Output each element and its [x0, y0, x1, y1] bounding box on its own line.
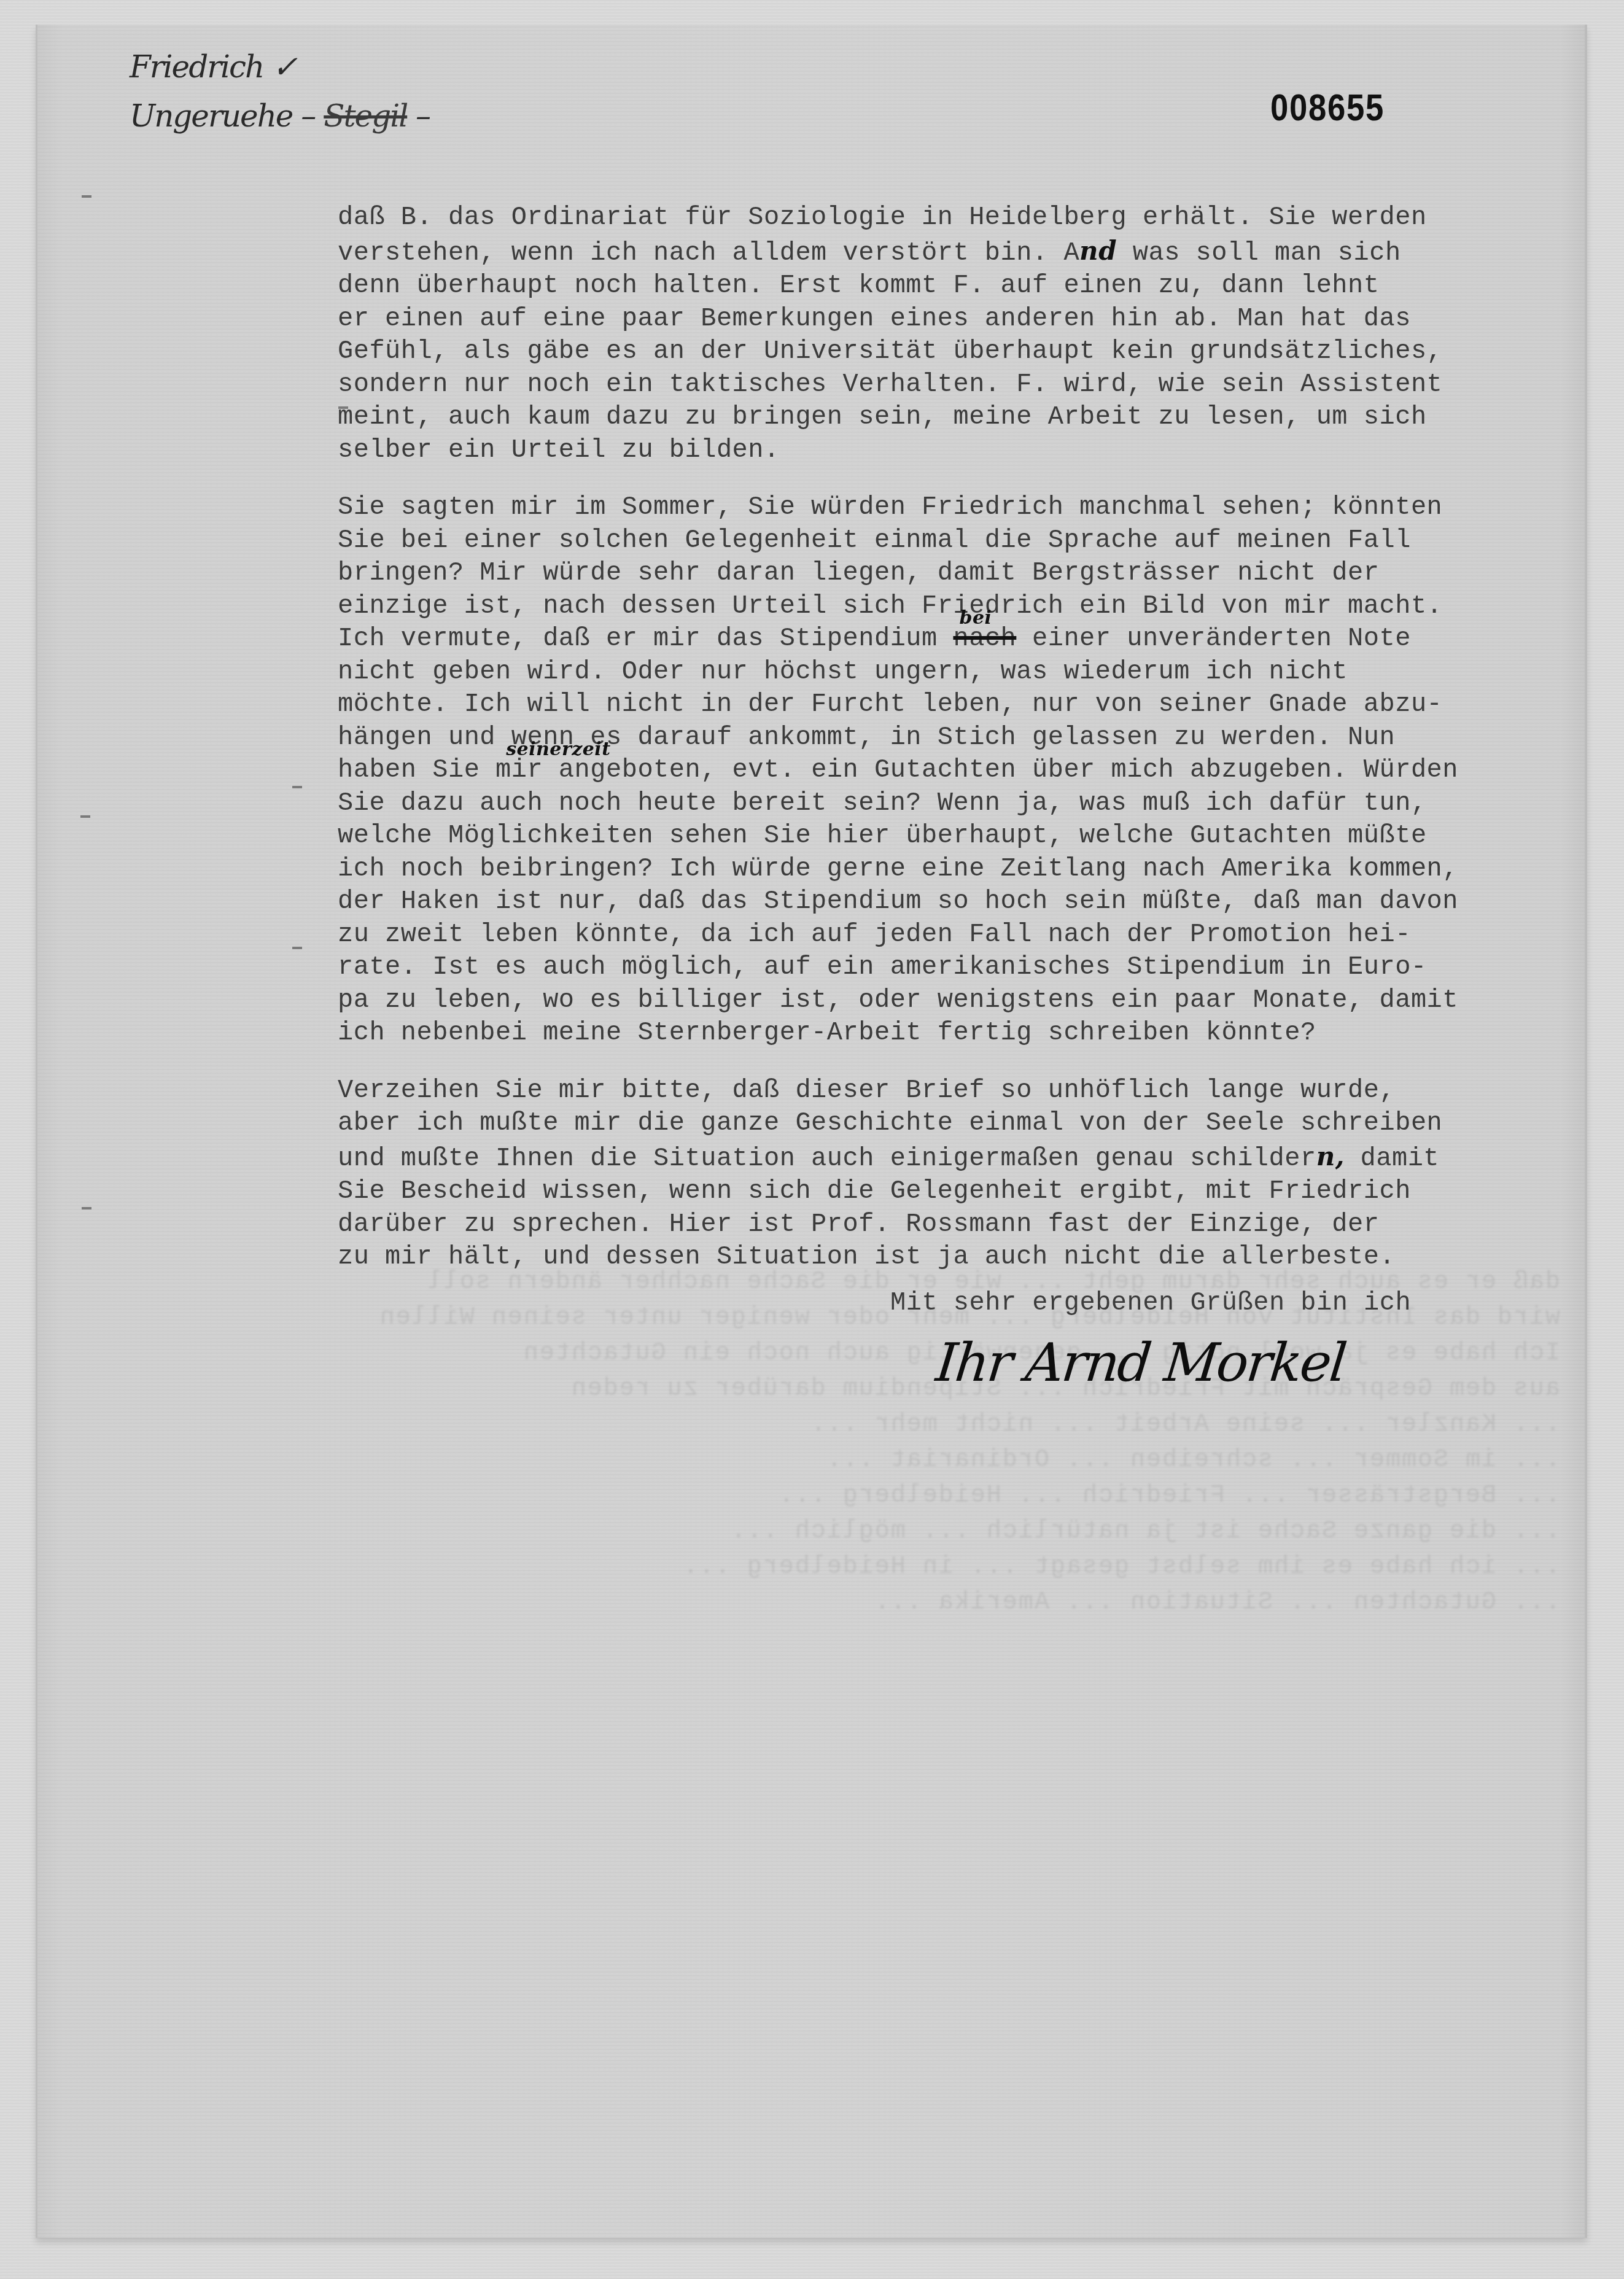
text-line: der Haken ist nur, daß das Stipendium so…	[338, 885, 1566, 918]
paragraph-2: Sie sagten mir im Sommer, Sie würden Fri…	[338, 491, 1566, 1050]
margin-dash-mark	[82, 1207, 91, 1209]
text-segment: damit	[1345, 1144, 1439, 1173]
text-segment: angeboten, evt. ein Gutachten über mich …	[543, 755, 1458, 785]
text-line: aber ich mußte mir die ganze Geschichte …	[338, 1107, 1566, 1140]
text-line: darüber zu sprechen. Hier ist Prof. Ross…	[338, 1208, 1566, 1241]
text-segment: Ich vermute, daß er mir das Stipendium	[338, 624, 953, 653]
text-line-with-correction: Ich vermute, daß er mir das Stipendium n…	[338, 623, 1566, 656]
text-line: ich nebenbei meine Sternberger-Arbeit fe…	[338, 1017, 1566, 1050]
margin-dash-mark	[292, 786, 302, 788]
text-line: denn überhaupt noch halten. Erst kommt F…	[338, 270, 1566, 303]
text-line: Sie Bescheid wissen, wenn sich die Geleg…	[338, 1175, 1566, 1208]
text-line: ich noch beibringen? Ich würde gerne ein…	[338, 853, 1566, 886]
handwritten-replacement: nachbei	[953, 624, 1016, 653]
text-line: meint, auch kaum dazu zu bringen sein, m…	[338, 401, 1566, 434]
text-segment: einer unveränderten Note	[1016, 624, 1411, 653]
text-line: zu mir hält, und dessen Situation ist ja…	[338, 1241, 1566, 1274]
handwritten-note-second-line: Ungeruehe – Stegil –	[130, 98, 430, 134]
handwritten-note-suffix: –	[416, 98, 430, 134]
text-line: nicht geben wird. Oder nur höchst ungern…	[338, 656, 1566, 689]
text-line: daß B. das Ordinariat für Soziologie in …	[338, 201, 1566, 235]
letter-body: daß B. das Ordinariat für Soziologie in …	[338, 201, 1566, 1299]
text-line: einzige ist, nach dessen Urteil sich Fri…	[338, 590, 1566, 623]
text-line: Verzeihen Sie mir bitte, daß dieser Brie…	[338, 1074, 1566, 1108]
inserted-word: seinerzeit	[506, 733, 610, 766]
text-segment: verstehen, wenn ich nach alldem verstört…	[338, 238, 1063, 268]
text-line: Sie sagten mir im Sommer, Sie würden Fri…	[338, 491, 1566, 524]
text-line: bringen? Mir würde sehr daran liegen, da…	[338, 557, 1566, 590]
handwritten-note-prefix: Ungeruehe –	[130, 98, 315, 134]
handwritten-note-friedrich: Friedrich ✓	[130, 49, 297, 85]
text-line: pa zu leben, wo es billiger ist, oder we…	[338, 984, 1566, 1017]
margin-dash-mark	[82, 195, 91, 198]
text-segment: was soll man sich	[1117, 238, 1401, 268]
text-line-with-insertion: haben Sie mirseinerzeit angeboten, evt. …	[338, 754, 1566, 787]
closing-line: Mit sehr ergebenen Grüßen bin ich	[890, 1288, 1411, 1318]
typed-letter: A	[1063, 238, 1079, 268]
text-line: möchte. Ich will nicht in der Furcht leb…	[338, 688, 1566, 721]
paragraph-3: Verzeihen Sie mir bitte, daß dieser Brie…	[338, 1074, 1566, 1274]
handwritten-note-struck-word: Stegil	[324, 98, 407, 134]
ink-correction: n,	[1316, 1141, 1345, 1171]
text-line: selber ein Urteil zu bilden.	[338, 434, 1566, 467]
text-line-with-correction: und mußte Ihnen die Situation auch einig…	[338, 1140, 1566, 1176]
margin-dash-mark	[80, 815, 90, 818]
text-line: Sie bei einer solchen Gelegenheit einmal…	[338, 524, 1566, 557]
text-line: er einen auf eine paar Bemerkungen eines…	[338, 303, 1566, 336]
text-line: zu zweit leben könnte, da ich auf jeden …	[338, 918, 1566, 952]
archive-number-stamp: 008655	[1270, 86, 1385, 130]
text-line: Gefühl, als gäbe es an der Universität ü…	[338, 335, 1566, 368]
paragraph-1: daß B. das Ordinariat für Soziologie in …	[338, 201, 1566, 467]
show-through-text: daß er es auch sehr darum geht ... wie e…	[160, 1265, 1560, 2186]
text-segment: und mußte Ihnen die Situation auch einig…	[338, 1144, 1316, 1173]
margin-dash-mark	[292, 947, 302, 949]
text-line-with-correction: verstehen, wenn ich nach alldem verstört…	[338, 235, 1566, 270]
text-line: sondern nur noch ein taktisches Verhalte…	[338, 368, 1566, 402]
inserted-word: bei	[959, 602, 992, 635]
text-line: welche Möglichkeiten sehen Sie hier über…	[338, 820, 1566, 853]
ink-overstrike-correction: nd	[1079, 236, 1117, 266]
text-line: rate. Ist es auch möglich, auf ein ameri…	[338, 951, 1566, 984]
text-line: Sie dazu auch noch heute bereit sein? We…	[338, 787, 1566, 820]
handwritten-signature: Ihr Arnd Morkel	[933, 1332, 1348, 1394]
handwritten-note-text: Friedrich ✓	[130, 49, 297, 85]
